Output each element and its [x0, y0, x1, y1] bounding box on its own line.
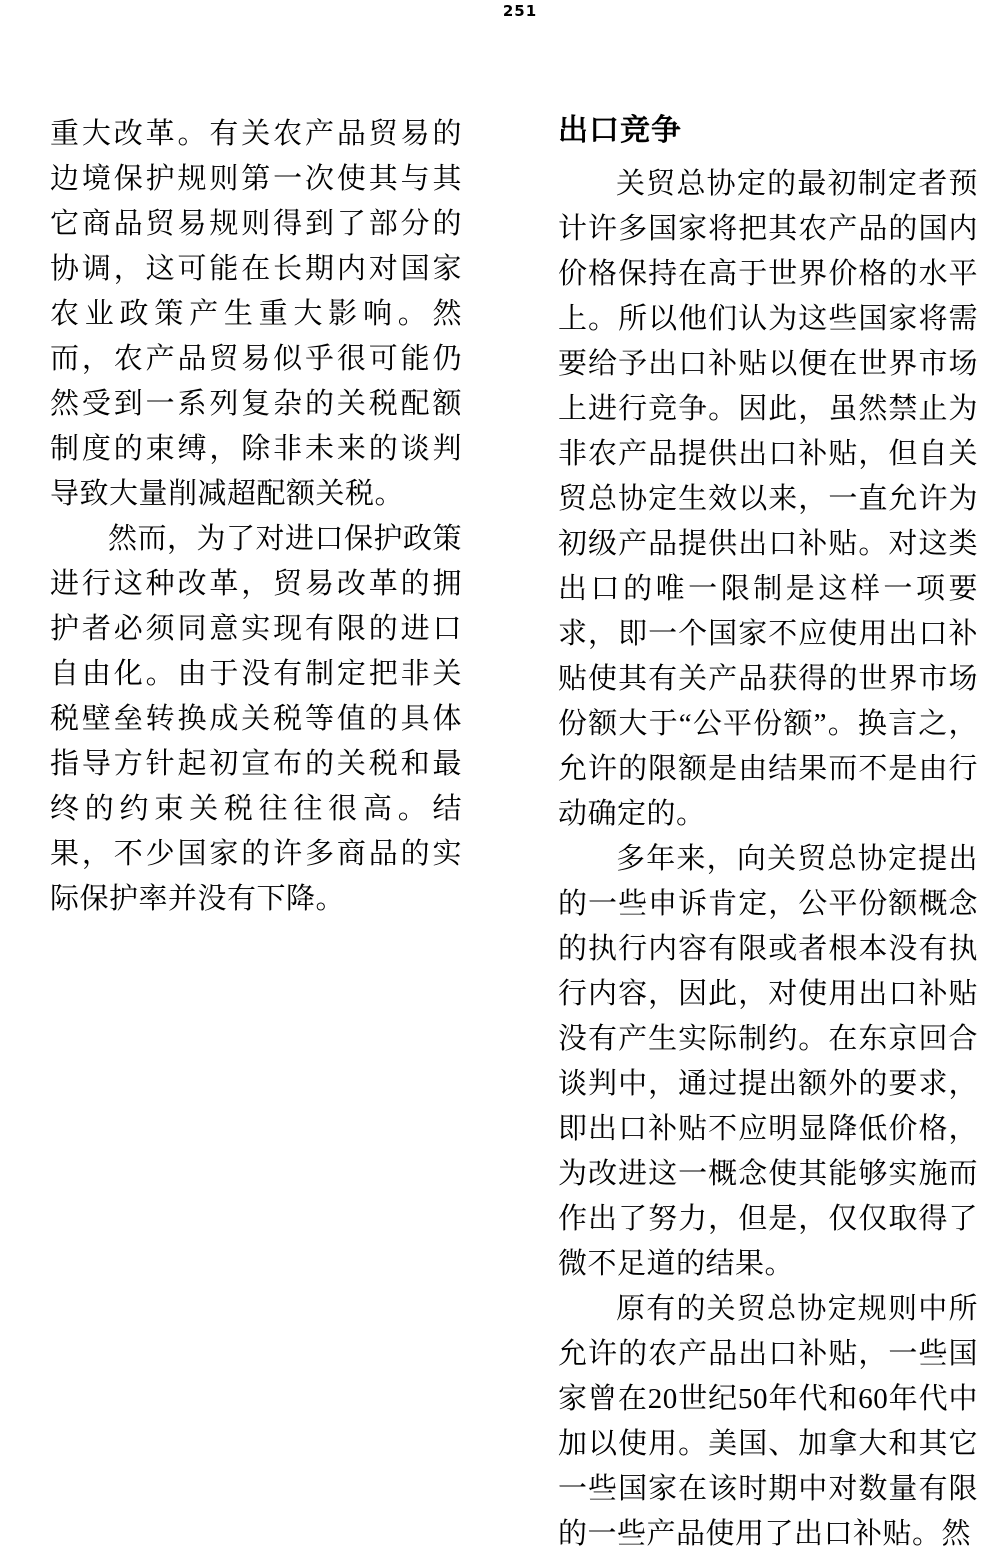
right-paragraph-2: 多年来，向关贸总协定提出的一些申诉肯定，公平份额概念的执行内容有限或者根本没有执… [558, 837, 978, 1287]
right-paragraph-1: 关贸总协定的最初制定者预计许多国家将把其农产品的国内价格保持在高于世界价格的水平… [558, 162, 978, 837]
right-paragraph-3: 原有的关贸总协定规则中所允许的农产品出口补贴，一些国家曾在20世纪50年代和60… [558, 1287, 978, 1553]
left-paragraph-2: 然而，为了对进口保护政策进行这种改革，贸易改革的拥护者必须同意实现有限的进口自由… [50, 517, 462, 922]
section-heading: 出口竞争 [558, 112, 978, 150]
right-column: 出口竞争 关贸总协定的最初制定者预计许多国家将把其农产品的国内价格保持在高于世界… [558, 112, 978, 1553]
page-number: 251 [0, 2, 1000, 20]
left-paragraph-1: 重大改革。有关农产品贸易的边境保护规则第一次使其与其它商品贸易规则得到了部分的协… [50, 112, 462, 517]
left-column: 重大改革。有关农产品贸易的边境保护规则第一次使其与其它商品贸易规则得到了部分的协… [50, 112, 462, 922]
document-page: 251 重大改革。有关农产品贸易的边境保护规则第一次使其与其它商品贸易规则得到了… [0, 0, 1000, 1553]
